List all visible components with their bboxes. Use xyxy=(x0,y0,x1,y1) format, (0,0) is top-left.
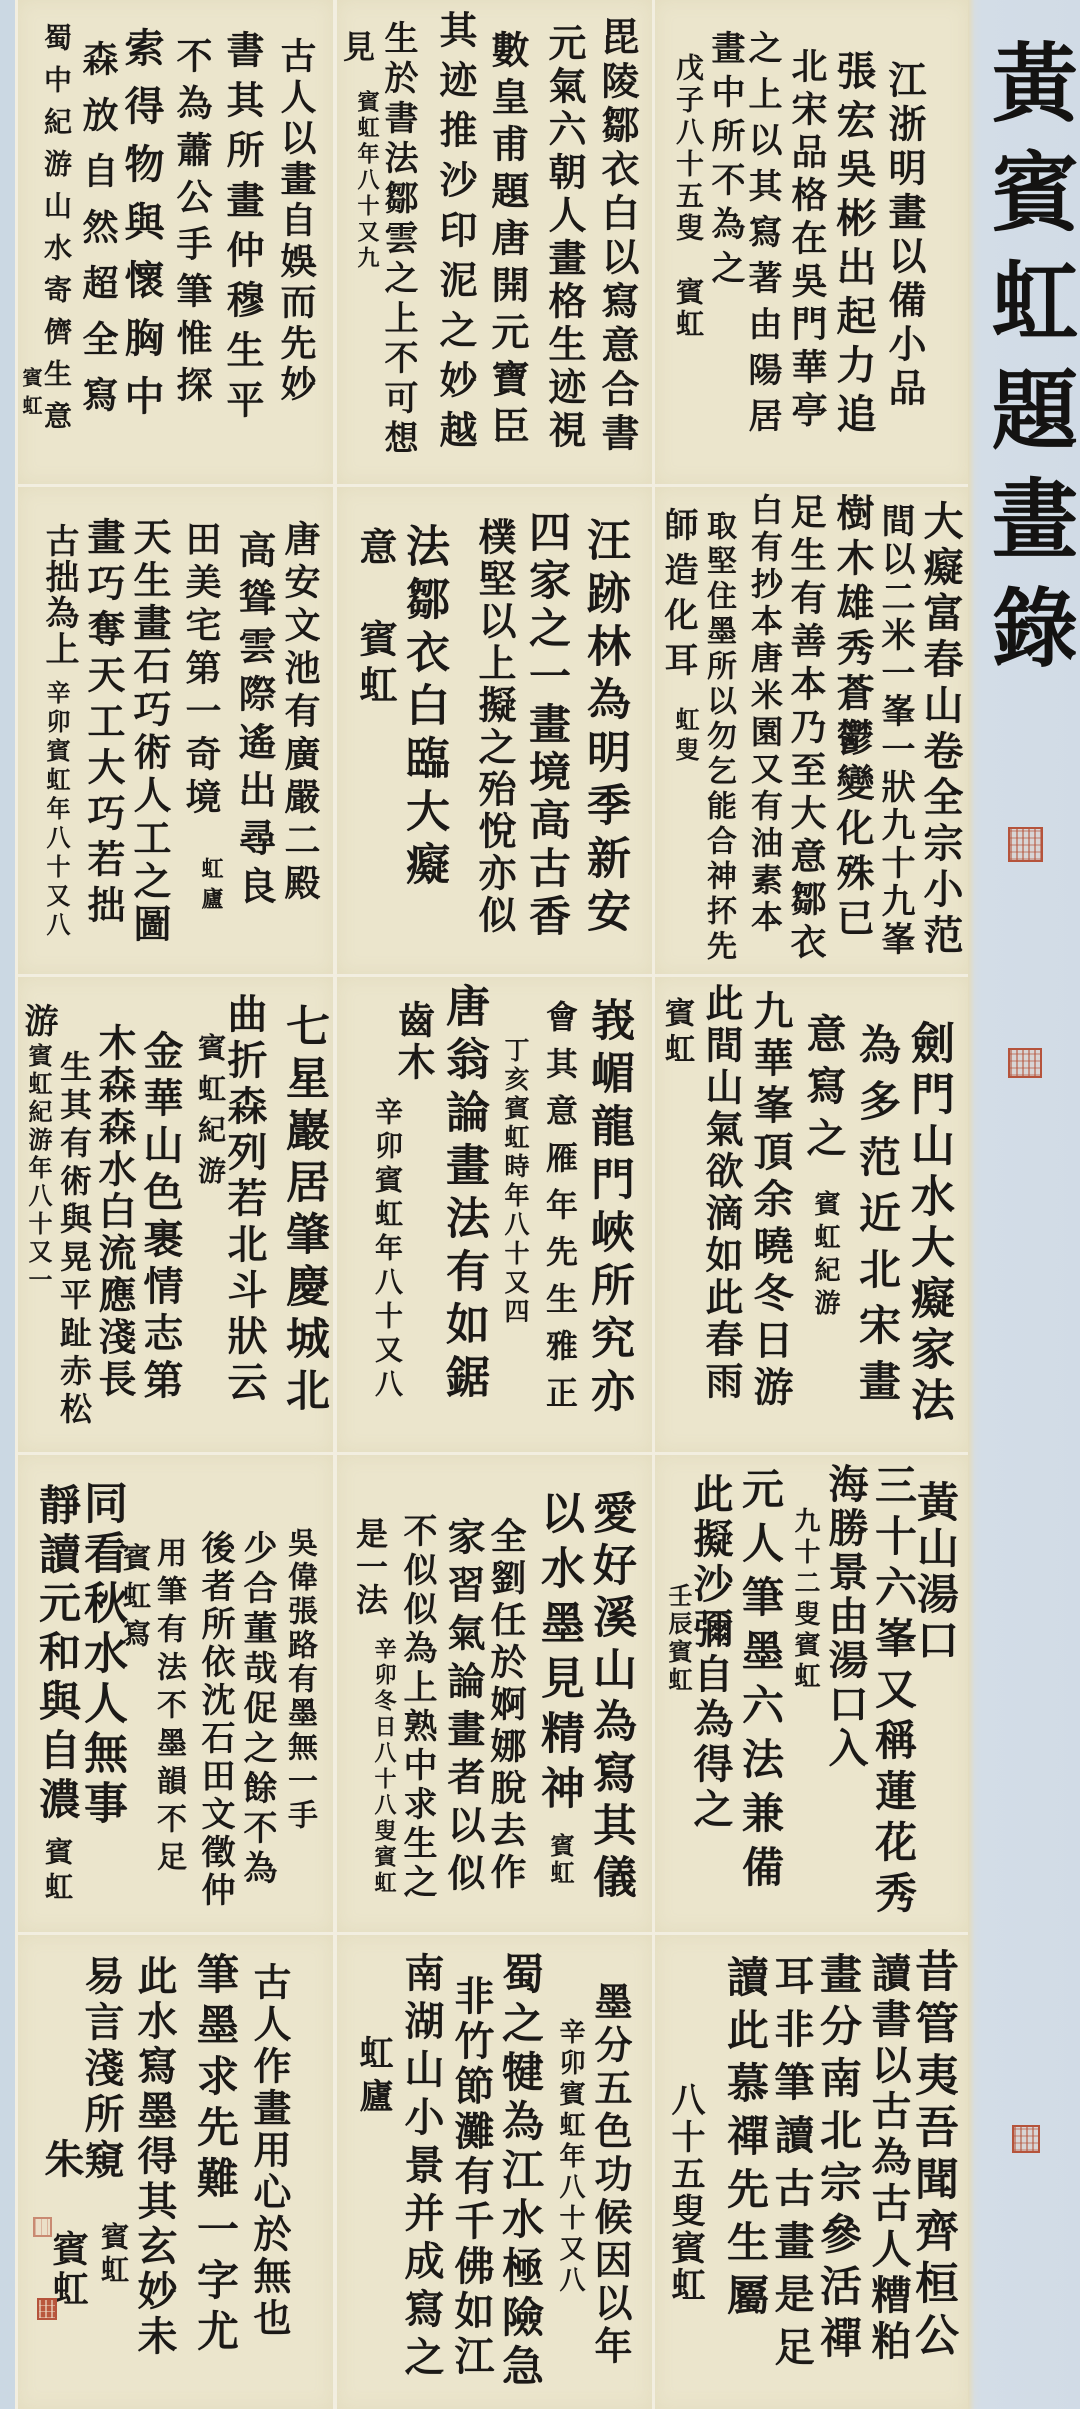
inscription-column: 畫巧奪天工大巧若拙 xyxy=(84,517,122,931)
signature: 賓虹 xyxy=(21,367,41,423)
inscription-column: 畫分南北宗參活禪 xyxy=(817,1952,859,2368)
inscription-column: 少合董哉促之餘不為 xyxy=(240,1530,274,1890)
inscription-column: 金華山色裹情志第 xyxy=(140,1030,180,1406)
panel-row4-middle: 愛好溪山為寫其儀 以水墨見精神 賓虹 全劉任於婀娜脫去作 家習氣論畫者以似 不似… xyxy=(337,1455,652,1932)
panel-row1-middle: 毘陵鄒衣白以寫意合書 元氣六朝人畫格生迹視 數皇甫題唐開元寶臣 其迹推沙印泥之妙… xyxy=(337,0,652,484)
inscription-column: 讀此慕禪先生屬 xyxy=(724,1955,766,2326)
inscription-column: 數皇甫題唐開元寶臣 xyxy=(488,30,526,453)
signature: 辛卯賓虹年八十又八 xyxy=(44,680,68,941)
panel-row5-middle: 墨分五色功候因以年 辛卯賓虹年八十又八 蜀之犍為江水極險急 非竹節灘有千佛如江 … xyxy=(337,1935,652,2409)
inscription-column: 天生畫石巧術人工之圖 xyxy=(130,517,168,947)
inscription-column: 劍門山水大癡家法 xyxy=(906,1020,950,1428)
panel-row2-right: 大癡富春山卷全宗小范 間以二米一峯一狀九十九峯 樹木雄秀蒼鬱變化殊已 足生有善本… xyxy=(655,487,968,974)
signature: 壬辰賓虹 xyxy=(666,1583,690,1695)
inscription-column: 吳偉張路有墨無一手 xyxy=(284,1527,314,1833)
inscription-column: 之上以其寫著由陽居 xyxy=(745,30,779,444)
inscription-column: 家習氣論畫者以似 xyxy=(444,1517,482,1901)
inscription-column: 九華峯頂余曉冬日游 xyxy=(750,990,790,1413)
inscription-column: 毘陵鄒衣白以寫意合書 xyxy=(598,17,636,457)
signature: 賓虹 xyxy=(548,1833,572,1887)
signature: 丁亥賓虹時年八十又四 xyxy=(503,1037,528,1327)
signature: 賓虹 xyxy=(661,997,691,1069)
inscription-column: 書其所畫仲穆生平 xyxy=(223,30,261,430)
inscription-column: 生其有術與晃平趾赤松 xyxy=(58,1050,90,1430)
inscription-column: 古人以畫自娛而先妙 xyxy=(277,37,313,406)
inscription-column: 蜀之犍為江水極險急 xyxy=(499,1952,541,2393)
inscription-column: 南湖山小景并成寫之 xyxy=(401,1952,441,2384)
inscription-column: 不為蕭公手筆惟探 xyxy=(173,37,209,413)
inscription-column: 四家之一畫境高古香 xyxy=(526,510,568,942)
inscription-column: 黃山湯口 xyxy=(914,1480,956,1664)
inscription-column: 非竹節灘有千佛如江 xyxy=(451,1975,491,2380)
inscription-column: 曲折森列若北斗狀云 xyxy=(224,993,264,1407)
panel-row5-left: 古人作畫用心於無也 筆墨求先難一字尤 此水寫墨得其玄妙未 易言淺所窺 賓虹 朱 … xyxy=(18,1935,333,2409)
signature: 辛卯賓虹年八十又八 xyxy=(373,1097,401,1403)
inscription-column: 大癡富春山卷全宗小范 xyxy=(920,500,960,960)
inscription-column: 索得物與懷胸中 xyxy=(121,27,161,433)
inscription-column: 易言淺所窺 xyxy=(81,1955,121,2185)
inscription-column: 張宏吳彬出起力追 xyxy=(833,50,873,442)
inscription-column: 會其意雁年先生雅正 xyxy=(544,1000,576,1423)
signature: 辛卯賓虹年八十又八 xyxy=(557,2018,583,2297)
panel-row4-left: 吳偉張路有墨無一手 少合董哉促之餘不為 後者所依沈石田文徵仲 用筆有法不墨韻不足… xyxy=(18,1455,333,1932)
panel-row3-right: 劍門山水大癡家法 為多范近北宋畫 意寫之 賓虹紀游 九華峯頂余曉冬日游 此間山氣… xyxy=(655,977,968,1452)
inscription-column: 齒木 xyxy=(394,1000,432,1084)
inscription-column: 木森森水白流應淺長 xyxy=(95,1023,133,1401)
inscription-column: 法鄒衣白臨大癡 xyxy=(401,523,445,894)
panel-row2-middle: 汪跡林為明季新安 四家之一畫境高古香 樸堅以上擬之殆悅亦似 法鄒衣白臨大癡 意 … xyxy=(337,487,652,974)
inscription-column: 用筆有法不墨韻不足 xyxy=(153,1537,183,1879)
inscription-column: 唐安文池有廣嚴二殿 xyxy=(281,520,317,907)
panel-row3-left: 七星巖居肇慶城北 曲折森列若北斗狀云 賓虹紀游 金華山色裹情志第 木森森水白流應… xyxy=(18,977,333,1452)
signature: 賓虹紀游 xyxy=(196,1033,224,1197)
inscription-column: 足生有善本乃至大意鄒衣 xyxy=(787,493,823,966)
signature: 虹廬 xyxy=(356,2035,390,2121)
inscription-column: 全劉任於婀娜脫去作 xyxy=(487,1517,523,1895)
inscription-column: 墨分五色功候因以年 xyxy=(591,1982,629,2369)
inscription-column: 唐翁論畫法有如鋸 xyxy=(441,983,485,1407)
seal-icon xyxy=(37,2298,57,2320)
inscription-column: 蜀中紀游山水寄儕生意 xyxy=(42,23,70,443)
inscription-column: 其迹推沙印泥之妙越 xyxy=(436,10,474,460)
inscription-column: 讀書以古為古人糟粕 xyxy=(868,1952,908,2366)
inscription-column: 元氣六朝人畫格生迹視 xyxy=(545,23,583,453)
inscription-column: 取堅住墨所以勿乞能合神抔先 xyxy=(703,510,733,965)
signature: 虹叟 xyxy=(673,707,697,767)
inscription-column: 靜讀元和與自濃 xyxy=(36,1483,78,1826)
inscription-column: 江浙明畫以備小品 xyxy=(885,60,923,412)
inscription-column: 北宋品格在吳門華亭 xyxy=(788,47,824,434)
inscription-column: 畫中所不為之 xyxy=(708,30,742,294)
panel-row3-middle: 峩嵋龍門峽所究亦 會其意雁年先生雅正 丁亥賓虹時年八十又四 唐翁論畫法有如鋸 齒… xyxy=(337,977,652,1452)
scroll-title: 黃賓虹題畫錄 xyxy=(984,38,1070,692)
inscription-column: 愛好溪山為寫其儀 xyxy=(588,1490,632,1906)
signature: 辛卯冬日八十八叟賓虹 xyxy=(372,1637,394,1897)
signature: 賓虹紀游年八十又一 xyxy=(26,1043,50,1295)
panel-row4-right: 黃山湯口 三十六峯又稱蓮花秀 海勝景由湯口入 九十二叟賓虹 元人筆墨六法兼備 此… xyxy=(655,1455,968,1932)
inscription-column: 以水墨見精神 xyxy=(536,1490,580,1820)
inscription-column: 此擬沙彌自為得之 xyxy=(690,1473,730,1833)
signature: 賓虹年八十又九 xyxy=(355,90,377,272)
inscription-column: 古拙為上 xyxy=(42,523,76,667)
inscription-column: 游 xyxy=(21,1003,55,1037)
inscription-column: 樹木雄秀蒼鬱變化殊已 xyxy=(833,493,871,943)
signature: 九十二叟賓虹 xyxy=(792,1507,818,1693)
inscription-column: 為多范近北宋畫 xyxy=(856,1023,898,1415)
seal-icon xyxy=(33,2217,52,2237)
inscription-column: 海勝景由湯口入 xyxy=(825,1463,865,1771)
panel-row1-left: 古人以畫自娛而先妙 書其所畫仲穆生平 不為蕭公手筆惟探 索得物與懷胸中 森放自然… xyxy=(18,0,333,484)
panel-row1-right: 江浙明畫以備小品 張宏吳彬出起力追 北宋品格在吳門華亭 之上以其寫著由陽居 畫中… xyxy=(655,0,968,484)
inscription-column: 是一法 xyxy=(354,1517,386,1616)
inscription-column: 峩嵋龍門峽所究亦 xyxy=(586,997,630,1421)
inscription-column: 不似似為上熟中求生之 xyxy=(400,1513,434,1903)
inscription-column: 朱 xyxy=(41,2138,81,2178)
inscription-column: 後者所依沈石田文徵仲 xyxy=(198,1530,232,1910)
seal-icon xyxy=(1008,1048,1042,1078)
inscription-column: 見 xyxy=(341,30,373,62)
inscription-column: 同看秋水人無事 xyxy=(79,1480,123,1830)
signature: 賓虹紀游 xyxy=(812,1190,838,1322)
signature: 賓虹 xyxy=(99,2222,127,2288)
inscription-column: 元人筆墨六法兼備 xyxy=(739,1467,781,1899)
signature: 虹廬 xyxy=(199,857,221,917)
inscription-column: 三十六峯又稱蓮花秀 xyxy=(872,1463,914,1922)
inscription-column: 白有抄本唐米園又有油素本 xyxy=(749,493,781,937)
panel-row5-right: 昔管夷吾聞齊桓公 讀書以古為古人糟粕 畫分南北宗參活禪 耳非筆讀古畫是足 讀此慕… xyxy=(655,1935,968,2409)
signature: 八十五叟賓虹 xyxy=(668,2082,702,2304)
inscription-column: 意寫之 xyxy=(803,1013,843,1169)
inscription-column: 七星巖居肇慶城北 xyxy=(281,1003,325,1419)
inscription-column: 間以二米一峯一狀九十九峯 xyxy=(878,503,912,959)
signature: 賓虹 xyxy=(43,1837,71,1907)
inscription-column: 高聳雲際遙出尋良 xyxy=(235,530,273,914)
inscription-column: 昔管夷吾聞齊桓公 xyxy=(910,1948,954,2364)
inscription-column: 生於書法鄒雲之上不可想 xyxy=(381,20,415,460)
seal-icon xyxy=(1008,827,1043,862)
inscription-column: 汪跡林為明季新安 xyxy=(582,517,626,941)
signature: 意 賓虹 xyxy=(356,527,394,711)
inscription-column: 田美宅第一奇境 xyxy=(182,520,218,821)
inscription-column: 古人作畫用心於無也 xyxy=(250,1962,288,2340)
inscription-column: 森放自然超全寫 xyxy=(79,40,115,432)
inscription-column: 筆墨求先難一字尤 xyxy=(194,1952,236,2360)
inscription-column: 耳非筆讀古畫是足 xyxy=(771,1955,811,2379)
seal-icon xyxy=(1012,2125,1040,2153)
inscription-column: 樸堅以上擬之殆悅亦似 xyxy=(475,517,513,937)
inscription-column: 師造化耳 xyxy=(661,507,695,687)
inscription-column: 此水寫墨得其玄妙未 xyxy=(134,1955,174,2360)
inscription-column: 此間山氣欲滴如此春雨 xyxy=(702,983,740,1403)
signature: 戊子八十五叟 賓虹 xyxy=(674,53,702,341)
panel-row2-left: 唐安文池有廣嚴二殿 高聳雲際遙出尋良 田美宅第一奇境 虹廬 天生畫石巧術人工之圖… xyxy=(18,487,333,974)
